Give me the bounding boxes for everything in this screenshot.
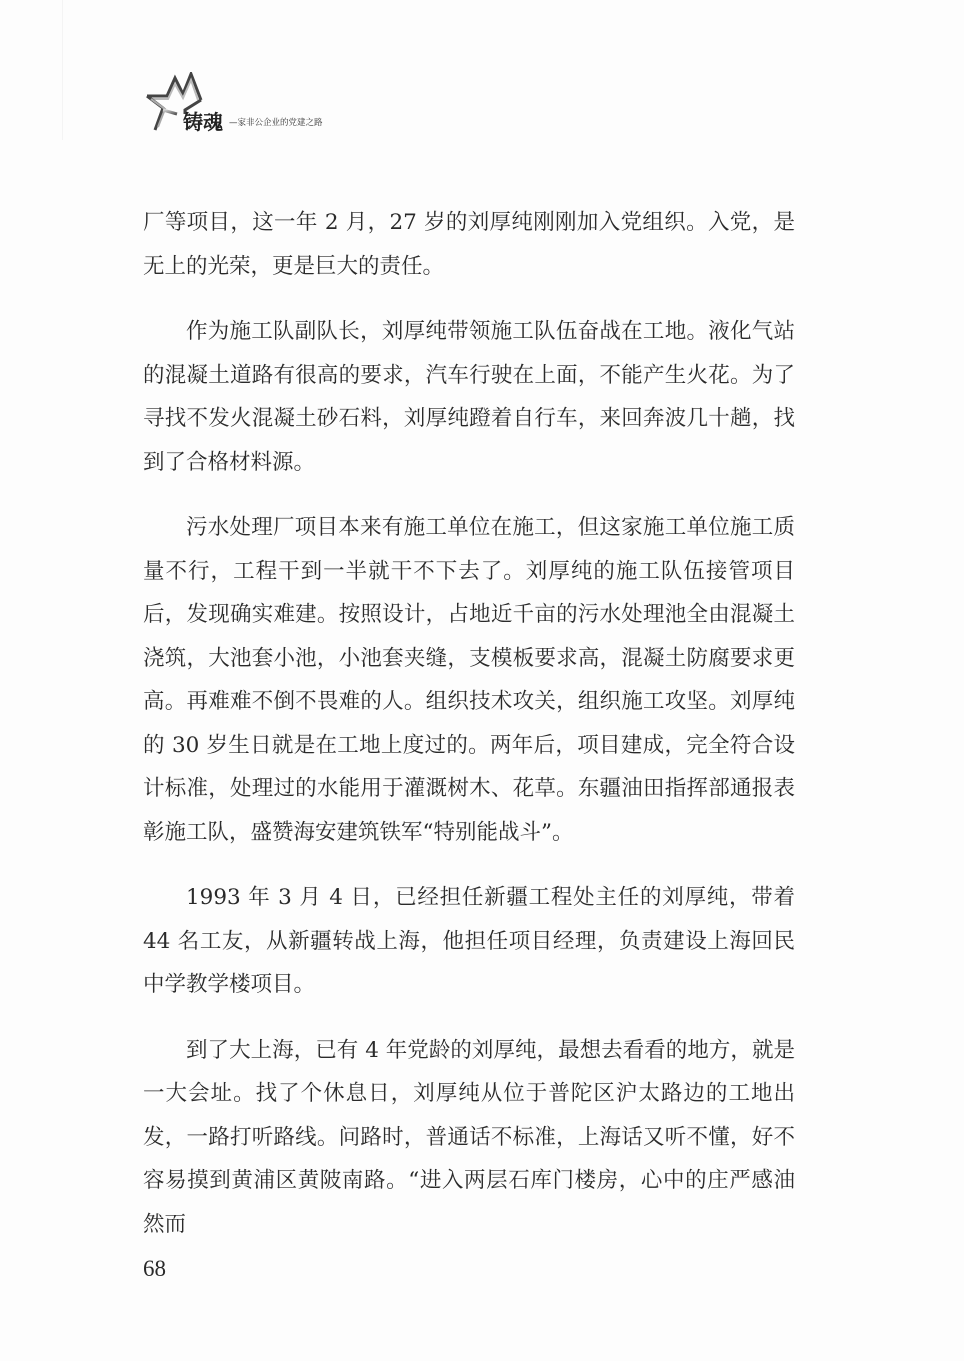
paragraph: 污水处理厂项目本来有施工单位在施工，但这家施工单位施工质量不行，工程干到一半就干… [143, 506, 795, 854]
book-subtitle: —家非公企业的党建之路 [229, 117, 323, 129]
paragraph: 到了大上海，已有 4 年党龄的刘厚纯，最想去看看的地方，就是一大会址。找了个休息… [143, 1029, 795, 1247]
book-page: 铸魂 —家非公企业的党建之路 厂等项目，这一年 2 月，27 岁的刘厚纯刚刚加入… [0, 0, 964, 1361]
page-number: 68 [143, 1256, 166, 1282]
page-fold-shadow [62, 0, 63, 140]
running-header: 铸魂 —家非公企业的党建之路 [145, 72, 405, 142]
book-title: 铸魂 [183, 110, 223, 134]
body-text: 厂等项目，这一年 2 月，27 岁的刘厚纯刚刚加入党组织。入党，是无上的光荣，更… [143, 201, 795, 1246]
paragraph: 1993 年 3 月 4 日，已经担任新疆工程处主任的刘厚纯，带着 44 名工友… [143, 876, 795, 1007]
paragraph: 厂等项目，这一年 2 月，27 岁的刘厚纯刚刚加入党组织。入党，是无上的光荣，更… [143, 201, 795, 288]
paragraph: 作为施工队副队长，刘厚纯带领施工队伍奋战在工地。液化气站的混凝土道路有很高的要求… [143, 310, 795, 484]
